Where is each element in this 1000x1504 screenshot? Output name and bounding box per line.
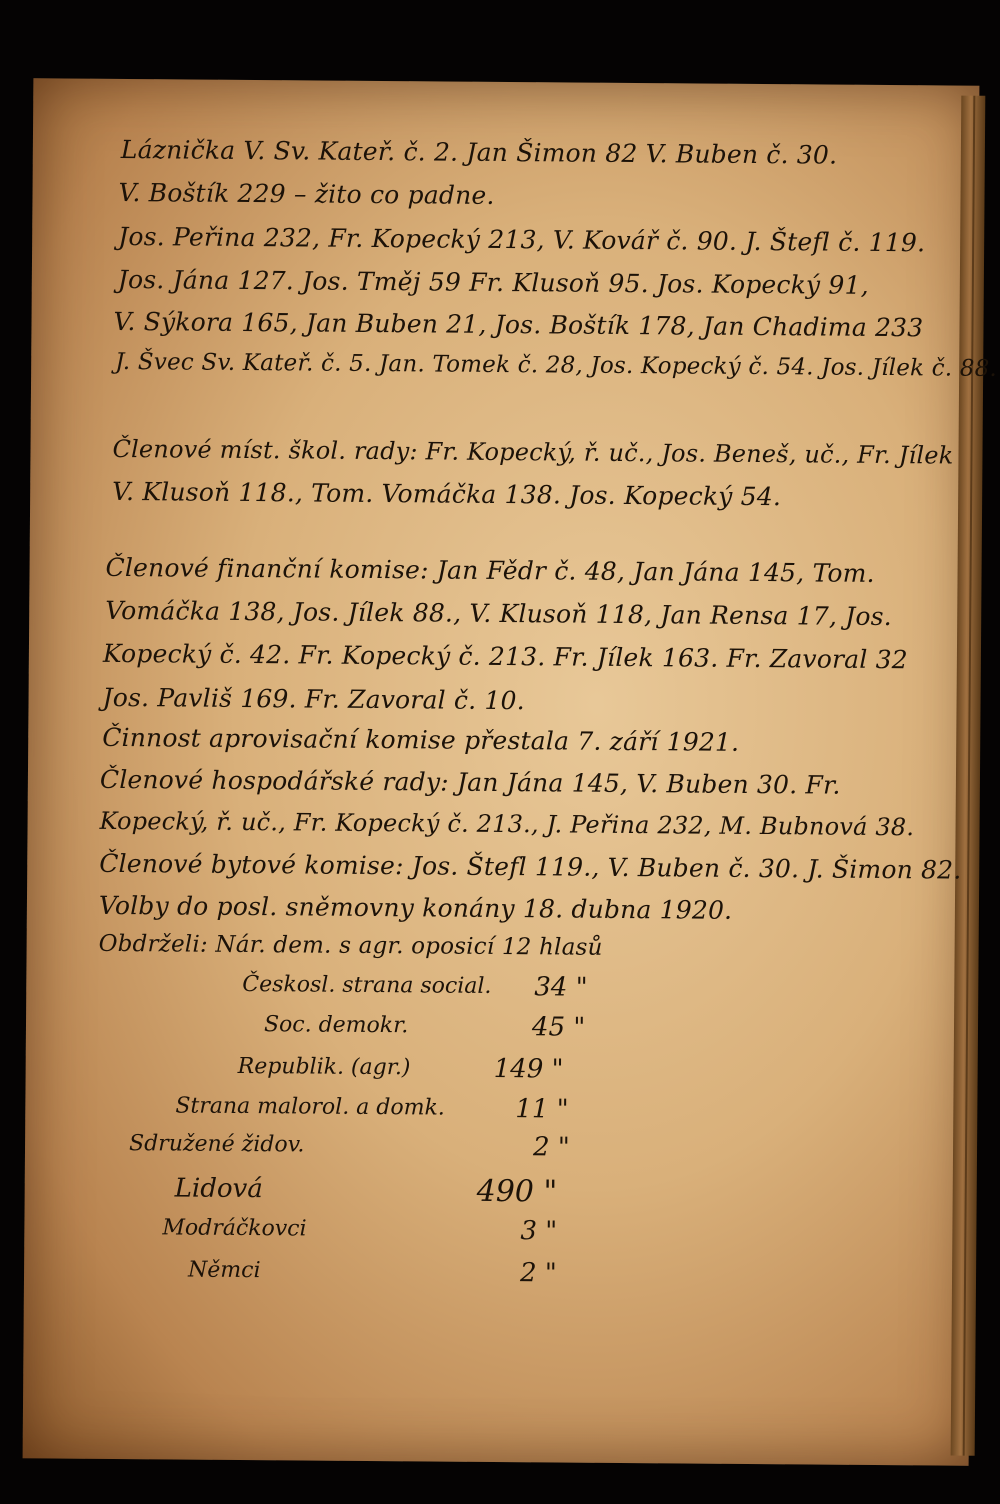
text-line: Volby do posl. sněmovny konány 18. dubna… <box>99 891 733 925</box>
text-line: Členové míst. škol. rady: Fr. Kopecký, ř… <box>112 435 953 470</box>
vote-count: 149 " <box>494 1054 564 1085</box>
text-line: V. Sýkora 165, Jan Buben 21, Jos. Boštík… <box>113 307 923 342</box>
text-line: Obdrželi: Nár. dem. s agr. oposicí 12 hl… <box>99 931 603 961</box>
vote-count: 2 " <box>533 1132 570 1162</box>
text-line: Činnost aprovisační komise přestala 7. z… <box>102 723 739 757</box>
vote-count: 490 " <box>477 1174 558 1210</box>
text-line: Jos. Peřina 232, Fr. Kopecký 213, V. Kov… <box>118 222 925 257</box>
vote-count: 2 " <box>520 1258 557 1288</box>
text-line: J. Švec Sv. Kateř. č. 5. Jan. Tomek č. 2… <box>115 349 997 382</box>
text-line: V. Boštík 229 – žito co padne. <box>118 178 494 210</box>
vote-count: 11 " <box>515 1094 569 1124</box>
party-name: Modráčkovci <box>162 1215 306 1241</box>
text-line: Vomáčka 138, Jos. Jílek 88., V. Klusoň 1… <box>105 596 892 631</box>
party-name: Sdružené židov. <box>129 1131 305 1157</box>
text-line: Členové finanční komise: Jan Fědr č. 48,… <box>105 553 874 588</box>
election-results-list: Českosl. strana social. 34 " Soc. demokr… <box>33 78 979 85</box>
text-line: Členové hospodářské rady: Jan Jána 145, … <box>100 765 841 800</box>
vote-count: 3 " <box>520 1216 557 1246</box>
vote-count: 34 " <box>534 972 588 1002</box>
party-name: Soc. demokr. <box>264 1012 408 1038</box>
text-line: Láznička V. Sv. Kateř. č. 2. Jan Šimon 8… <box>121 135 838 170</box>
text-line: Jos. Pavliš 169. Fr. Zavoral č. 10. <box>102 683 524 715</box>
party-name: Lidová <box>175 1173 263 1204</box>
vote-count: 45 " <box>532 1012 586 1042</box>
text-line: Členové bytové komise: Jos. Štefl 119., … <box>99 849 961 885</box>
party-name: Českosl. strana social. <box>242 972 491 999</box>
text-line: Jos. Jána 127. Jos. Tměj 59 Fr. Klusoň 9… <box>118 265 869 300</box>
text-line: V. Klusoň 118., Tom. Vomáčka 138. Jos. K… <box>112 477 781 511</box>
text-line: Kopecký č. 42. Fr. Kopecký č. 213. Fr. J… <box>103 639 908 674</box>
text-line: Kopecký, ř. uč., Fr. Kopecký č. 213., J.… <box>99 807 914 841</box>
party-name: Strana malorol. a domk. <box>175 1093 445 1120</box>
party-name: Republik. (agr.) <box>238 1054 411 1080</box>
notebook-page: Láznička V. Sv. Kateř. č. 2. Jan Šimon 8… <box>23 78 980 1465</box>
party-name: Němci <box>188 1258 261 1284</box>
